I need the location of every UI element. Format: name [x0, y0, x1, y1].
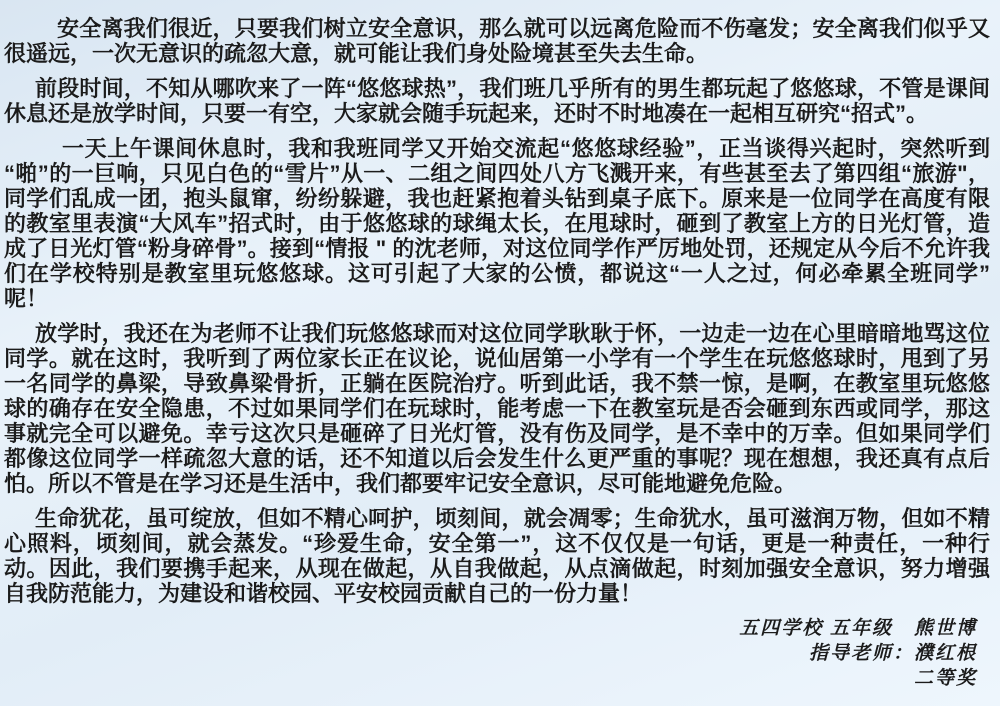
paragraph-classroom-accident: 一天上午课间休息时，我和我班同学又开始交流起“悠悠球经验”，正当谈得兴起时，突然…: [4, 136, 990, 311]
paragraph-cherish-life-conclusion: 生命犹花，虽可绽放，但如不精心呵护，顷刻间，就会凋零；生命犹水，虽可滋润万物，但…: [4, 506, 990, 606]
paragraph-safety-intro: 安全离我们很近，只要我们树立安全意识，那么就可以远离危险而不伤毫发；安全离我们似…: [4, 16, 990, 66]
paragraph-yoyo-craze: 前段时间，不知从哪吹来了一阵“悠悠球热”，我们班几乎所有的男生都玩起了悠悠球，不…: [4, 76, 990, 126]
signature-guiding-teacher: 指导老师：濮红根: [4, 641, 977, 666]
paragraph-after-school-reflection: 放学时，我还在为老师不让我们玩悠悠球而对这位同学耿耿于怀，一边走一边在心里暗暗地…: [4, 321, 990, 496]
signature-award: 二等奖: [4, 666, 977, 691]
essay-page: 安全离我们很近，只要我们树立安全意识，那么就可以远离危险而不伤毫发；安全离我们似…: [0, 0, 1000, 706]
signature-school-grade-author: 五四学校 五年级 熊世博: [4, 616, 977, 641]
signature-block: 五四学校 五年级 熊世博 指导老师：濮红根 二等奖: [4, 616, 990, 691]
